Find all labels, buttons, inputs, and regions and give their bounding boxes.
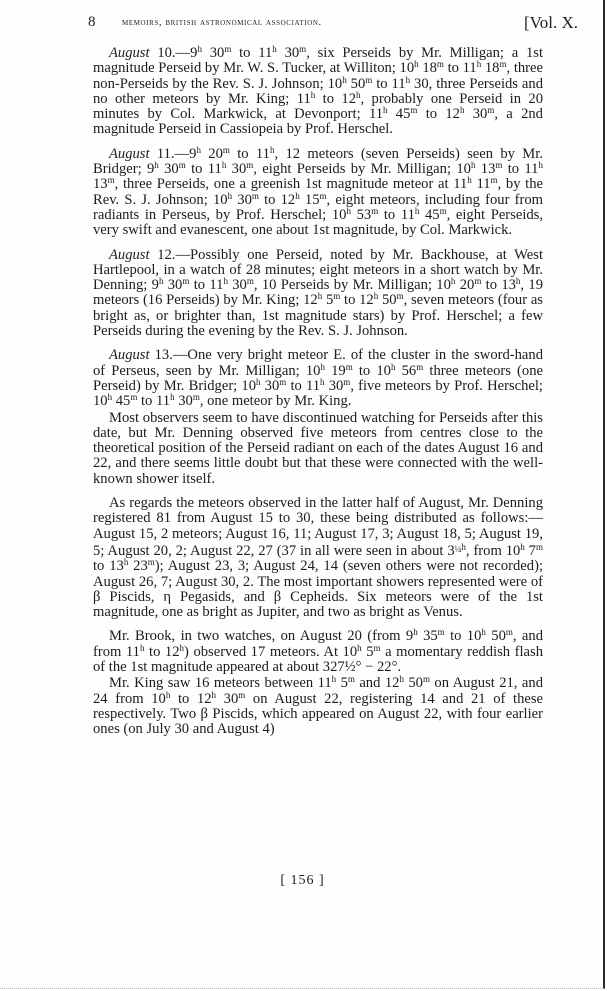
time-unit-superscript: m	[247, 276, 254, 286]
time-unit-superscript: h	[124, 557, 129, 567]
time-unit-superscript: m	[423, 674, 430, 684]
time-unit-superscript: m	[246, 160, 253, 170]
time-unit-superscript: m	[346, 362, 353, 372]
time-unit-superscript: h	[414, 59, 419, 69]
time-unit-superscript: m	[397, 291, 404, 301]
time-unit-superscript: h	[481, 627, 486, 637]
folio-page-number: [ 156 ]	[0, 873, 605, 889]
time-unit-superscript: m	[343, 377, 350, 387]
time-unit-superscript: h	[166, 690, 171, 700]
volume-label: [Vol. X.	[524, 13, 578, 33]
page-number: 8	[88, 14, 96, 31]
time-unit-superscript: h	[332, 674, 337, 684]
time-unit-superscript: m	[348, 674, 355, 684]
time-unit-superscript: h	[196, 145, 201, 155]
body-text: August 10.—9h 30m to 11h 30m, six Persei…	[93, 46, 543, 737]
time-unit-superscript: h	[516, 276, 521, 286]
page-header: 8 MEMOIRS, BRITISH ASTRONOMICAL ASSOCIAT…	[88, 14, 598, 38]
time-unit-superscript: h	[320, 377, 325, 387]
time-unit-superscript: m	[499, 59, 506, 69]
time-unit-superscript: h	[460, 105, 465, 115]
time-unit-superscript: h	[318, 291, 323, 301]
time-unit-superscript: h	[467, 175, 472, 185]
time-unit-superscript: h	[197, 44, 202, 54]
time-unit-superscript: h	[406, 75, 411, 85]
time-unit-superscript: m	[320, 191, 327, 201]
time-unit-superscript: m	[333, 291, 340, 301]
time-unit-superscript: h	[391, 362, 396, 372]
time-unit-superscript: m	[108, 175, 115, 185]
time-unit-superscript: h	[311, 90, 316, 100]
time-unit-superscript: m	[148, 557, 155, 567]
time-unit-superscript: h	[383, 105, 388, 115]
time-unit-superscript: m	[440, 206, 447, 216]
paragraph-discontinued-watching: Most observers seem to have discontinued…	[93, 411, 543, 487]
paragraph-august-13: August 13.—One very bright meteor E. of …	[93, 348, 543, 409]
time-unit-superscript: m	[438, 627, 445, 637]
time-unit-superscript: h	[228, 191, 233, 201]
time-unit-superscript: m	[371, 206, 378, 216]
time-unit-superscript: m	[193, 392, 200, 402]
dateline: August	[109, 146, 150, 162]
paragraph-august-11: August 11.—9h 20m to 11h, 12 meteors (se…	[93, 147, 543, 239]
time-unit-superscript: h	[272, 44, 277, 54]
time-unit-superscript: h	[223, 276, 228, 286]
paragraph-august-12: August 12.—Possibly one Perseid, noted b…	[93, 248, 543, 340]
time-unit-superscript: m	[252, 191, 259, 201]
running-title: MEMOIRS, BRITISH ASTRONOMICAL ASSOCIATIO…	[122, 17, 322, 28]
time-unit-superscript: h	[346, 206, 351, 216]
paragraph-august-10: August 10.—9h 30m to 11h 30m, six Persei…	[93, 46, 543, 138]
time-unit-superscript: h	[159, 276, 164, 286]
dateline: August	[109, 347, 150, 363]
time-unit-superscript: h	[342, 75, 347, 85]
time-unit-superscript: h	[170, 392, 175, 402]
time-unit-superscript: m	[474, 276, 481, 286]
time-unit-superscript: h	[461, 542, 466, 552]
time-unit-superscript: m	[536, 542, 543, 552]
time-unit-superscript: m	[224, 44, 231, 54]
time-unit-superscript: m	[437, 59, 444, 69]
time-unit-superscript: m	[130, 392, 137, 402]
time-unit-superscript: h	[212, 690, 217, 700]
time-unit-superscript: h	[520, 542, 525, 552]
time-unit-superscript: m	[487, 105, 494, 115]
time-unit-superscript: m	[299, 44, 306, 54]
time-unit-superscript: m	[365, 75, 372, 85]
time-unit-superscript: h	[374, 291, 379, 301]
time-unit-superscript: h	[415, 206, 420, 216]
time-unit-superscript: h	[140, 643, 145, 653]
paragraph-latter-half-august: As regards the meteors observed in the l…	[93, 496, 543, 620]
time-unit-superscript: h	[180, 643, 185, 653]
dateline: August	[109, 45, 150, 61]
time-unit-superscript: h	[154, 160, 159, 170]
time-unit-superscript: m	[223, 145, 230, 155]
time-unit-superscript: h	[256, 377, 261, 387]
time-unit-superscript: m	[506, 627, 513, 637]
time-unit-superscript: m	[374, 643, 381, 653]
time-unit-superscript: h	[222, 160, 227, 170]
dateline: August	[109, 247, 150, 263]
time-unit-superscript: h	[451, 276, 456, 286]
time-unit-superscript: h	[270, 145, 275, 155]
time-unit-superscript: h	[477, 59, 482, 69]
time-unit-superscript: h	[108, 392, 113, 402]
time-unit-superscript: m	[491, 175, 498, 185]
time-unit-superscript: h	[357, 643, 362, 653]
paragraph-mr-king: Mr. King saw 16 meteors between 11h 5m a…	[93, 676, 543, 737]
time-unit-superscript: m	[182, 276, 189, 286]
time-unit-superscript: h	[295, 191, 300, 201]
time-unit-superscript: m	[495, 160, 502, 170]
time-unit-superscript: h	[471, 160, 476, 170]
time-unit-superscript: m	[179, 160, 186, 170]
time-unit-superscript: h	[356, 90, 361, 100]
time-unit-superscript: m	[416, 362, 423, 372]
time-unit-superscript: m	[279, 377, 286, 387]
time-unit-superscript: h	[399, 674, 404, 684]
document-page: 8 MEMOIRS, BRITISH ASTRONOMICAL ASSOCIAT…	[0, 0, 605, 989]
paragraph-mr-brook: Mr. Brook, in two watches, on August 20 …	[93, 629, 543, 675]
time-unit-superscript: m	[238, 690, 245, 700]
time-unit-superscript: h	[320, 362, 325, 372]
time-unit-superscript: h	[538, 160, 543, 170]
time-unit-superscript: h	[413, 627, 418, 637]
time-unit-superscript: m	[410, 105, 417, 115]
